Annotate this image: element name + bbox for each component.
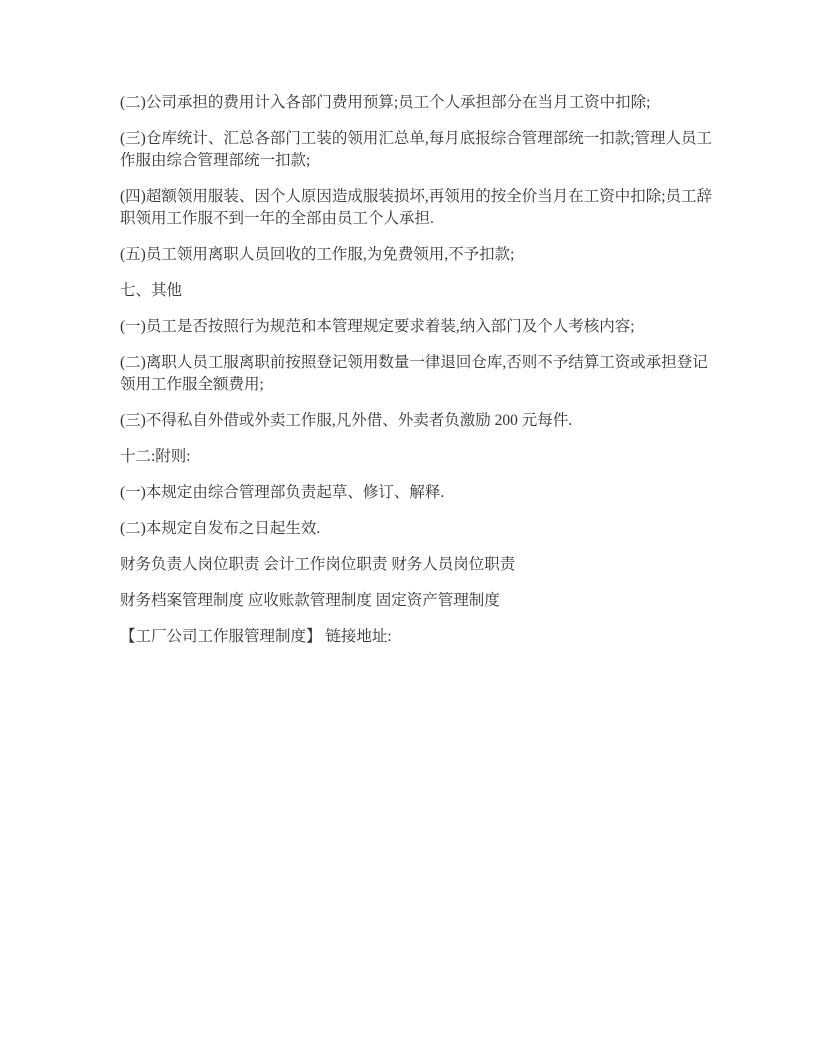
- paragraph-dress-code-assessment: (一)员工是否按照行为规范和本管理规定要求着装,纳入部门及个人考核内容;: [120, 316, 714, 338]
- paragraph-no-lending: (三)不得私自外借或外卖工作服,凡外借、外卖者负激励 200 元每件.: [120, 410, 714, 432]
- section-heading-other: 七、其他: [120, 280, 714, 302]
- related-links-line-finance-duties: 财务负责人岗位职责 会计工作岗位职责 财务人员岗位职责: [120, 554, 714, 576]
- paragraph-link-address: 【工厂公司工作服管理制度】 链接地址:: [120, 626, 714, 648]
- document-page: (二)公司承担的费用计入各部门费用预算;员工个人承担部分在当月工资中扣除; (三…: [0, 0, 816, 1056]
- related-links-line-finance-systems: 财务档案管理制度 应收账款管理制度 固定资产管理制度: [120, 590, 714, 612]
- section-heading-supplementary: 十二:附则:: [120, 446, 714, 468]
- paragraph-excess-claim: (四)超额领用服装、因个人原因造成服装损坏,再领用的按全价当月在工资中扣除;员工…: [120, 186, 714, 230]
- paragraph-resignation-return: (二)离职人员工服离职前按照登记领用数量一律退回仓库,否则不予结算工资或承担登记…: [120, 352, 714, 396]
- paragraph-warehouse-summary: (三)仓库统计、汇总各部门工装的领用汇总单,每月底报综合管理部统一扣款;管理人员…: [120, 128, 714, 172]
- paragraph-effective-date: (二)本规定自发布之日起生效.: [120, 518, 714, 540]
- paragraph-recycled-uniform: (五)员工领用离职人员回收的工作服,为免费领用,不予扣款;: [120, 244, 714, 266]
- paragraph-fee-allocation: (二)公司承担的费用计入各部门费用预算;员工个人承担部分在当月工资中扣除;: [120, 92, 714, 114]
- paragraph-drafting-responsibility: (一)本规定由综合管理部负责起草、修订、解释.: [120, 482, 714, 504]
